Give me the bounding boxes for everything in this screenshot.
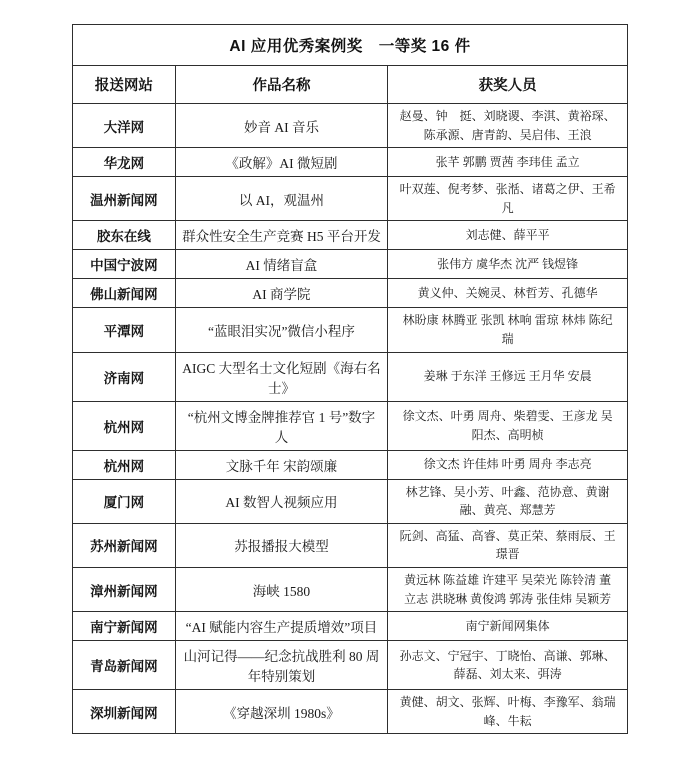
cell-winners: 孙志文、宁冠宇、丁晓怡、高谦、郭琳、薛磊、刘太来、弭涛 bbox=[388, 641, 628, 690]
table-row: 深圳新闻网《穿越深圳 1980s》黄健、胡文、张辉、叶梅、李豫军、翁瑞峰、牛耘 bbox=[73, 690, 628, 734]
cell-work-title: “AI 赋能内容生产提质增效”项目 bbox=[175, 612, 388, 641]
cell-winners: 张伟方 虞华杰 沈严 钱煜锋 bbox=[388, 250, 628, 279]
cell-website: 青岛新闻网 bbox=[73, 641, 176, 690]
cell-website: 厦门网 bbox=[73, 479, 176, 523]
table-title: AI 应用优秀案例奖 一等奖 16 件 bbox=[73, 25, 628, 66]
cell-website: 杭州网 bbox=[73, 401, 176, 450]
cell-work-title: 文脉千年 宋韵颂廉 bbox=[175, 450, 388, 479]
cell-winners: 刘志健、薛平平 bbox=[388, 221, 628, 250]
cell-website: 漳州新闻网 bbox=[73, 567, 176, 611]
cell-winners: 徐文杰、叶勇 周舟、柴碧雯、王彦龙 吴阳杰、高明桢 bbox=[388, 401, 628, 450]
cell-website: 苏州新闻网 bbox=[73, 523, 176, 567]
cell-winners: 张芊 郭鹏 贾茜 李玮佳 孟立 bbox=[388, 148, 628, 177]
column-header-website: 报送网站 bbox=[73, 66, 176, 104]
cell-website: 南宁新闻网 bbox=[73, 612, 176, 641]
cell-work-title: 《穿越深圳 1980s》 bbox=[175, 690, 388, 734]
column-header-winners: 获奖人员 bbox=[388, 66, 628, 104]
table-row: 杭州网“杭州文博金牌推荐官 1 号”数字人徐文杰、叶勇 周舟、柴碧雯、王彦龙 吴… bbox=[73, 401, 628, 450]
cell-website: 温州新闻网 bbox=[73, 177, 176, 221]
cell-website: 深圳新闻网 bbox=[73, 690, 176, 734]
cell-website: 济南网 bbox=[73, 352, 176, 401]
header-row: 报送网站 作品名称 获奖人员 bbox=[73, 66, 628, 104]
cell-winners: 姜琳 于东洋 王修远 王月华 安晨 bbox=[388, 352, 628, 401]
cell-website: 华龙网 bbox=[73, 148, 176, 177]
table-row: 厦门网AI 数智人视频应用林艺锋、吴小芳、叶鑫、范协意、黄谢融、黄亮、郑慧芳 bbox=[73, 479, 628, 523]
table-row: 佛山新闻网AI 商学院黄义仲、关婉灵、林哲芳、孔德华 bbox=[73, 279, 628, 308]
cell-winners: 叶双莲、倪考梦、张湉、诸葛之伊、王希凡 bbox=[388, 177, 628, 221]
cell-website: 中国宁波网 bbox=[73, 250, 176, 279]
cell-work-title: AI 商学院 bbox=[175, 279, 388, 308]
cell-work-title: 山河记得——纪念抗战胜利 80 周年特别策划 bbox=[175, 641, 388, 690]
cell-work-title: 妙音 AI 音乐 bbox=[175, 104, 388, 148]
cell-winners: 黄健、胡文、张辉、叶梅、李豫军、翁瑞峰、牛耘 bbox=[388, 690, 628, 734]
cell-winners: 阮剑、高猛、高睿、莫正荣、蔡雨辰、王璟晋 bbox=[388, 523, 628, 567]
cell-website: 胶东在线 bbox=[73, 221, 176, 250]
table-row: 平潭网“蓝眼泪实况”微信小程序林盼康 林腾亚 张凯 林响 雷琼 林炜 陈纪瑞 bbox=[73, 308, 628, 352]
cell-winners: 林盼康 林腾亚 张凯 林响 雷琼 林炜 陈纪瑞 bbox=[388, 308, 628, 352]
cell-work-title: “蓝眼泪实况”微信小程序 bbox=[175, 308, 388, 352]
table-row: 漳州新闻网海峡 1580黄远林 陈益雄 许建平 吴荣光 陈铃清 董立志 洪晓琳 … bbox=[73, 567, 628, 611]
table-row: 大洋网妙音 AI 音乐赵曼、钟 挺、刘晓谡、李淇、黄裕琛、陈承源、唐青韵、吴启伟… bbox=[73, 104, 628, 148]
table-row: 华龙网《政解》AI 微短剧张芊 郭鹏 贾茜 李玮佳 孟立 bbox=[73, 148, 628, 177]
cell-work-title: 以 AI，观温州 bbox=[175, 177, 388, 221]
title-row: AI 应用优秀案例奖 一等奖 16 件 bbox=[73, 25, 628, 66]
award-table: AI 应用优秀案例奖 一等奖 16 件 报送网站 作品名称 获奖人员 大洋网妙音… bbox=[72, 24, 628, 734]
cell-winners: 赵曼、钟 挺、刘晓谡、李淇、黄裕琛、陈承源、唐青韵、吴启伟、王浪 bbox=[388, 104, 628, 148]
cell-work-title: “杭州文博金牌推荐官 1 号”数字人 bbox=[175, 401, 388, 450]
cell-website: 杭州网 bbox=[73, 450, 176, 479]
table-row: 济南网AIGC 大型名士文化短剧《海右名士》姜琳 于东洋 王修远 王月华 安晨 bbox=[73, 352, 628, 401]
table-body: 大洋网妙音 AI 音乐赵曼、钟 挺、刘晓谡、李淇、黄裕琛、陈承源、唐青韵、吴启伟… bbox=[73, 104, 628, 734]
cell-website: 大洋网 bbox=[73, 104, 176, 148]
table-row: 苏州新闻网苏报播报大模型阮剑、高猛、高睿、莫正荣、蔡雨辰、王璟晋 bbox=[73, 523, 628, 567]
cell-work-title: AI 数智人视频应用 bbox=[175, 479, 388, 523]
cell-work-title: AI 情绪盲盒 bbox=[175, 250, 388, 279]
cell-website: 平潭网 bbox=[73, 308, 176, 352]
table-row: 青岛新闻网山河记得——纪念抗战胜利 80 周年特别策划孙志文、宁冠宇、丁晓怡、高… bbox=[73, 641, 628, 690]
document-page: AI 应用优秀案例奖 一等奖 16 件 报送网站 作品名称 获奖人员 大洋网妙音… bbox=[0, 0, 700, 767]
cell-work-title: 苏报播报大模型 bbox=[175, 523, 388, 567]
cell-winners: 南宁新闻网集体 bbox=[388, 612, 628, 641]
table-row: 温州新闻网以 AI，观温州叶双莲、倪考梦、张湉、诸葛之伊、王希凡 bbox=[73, 177, 628, 221]
cell-winners: 黄远林 陈益雄 许建平 吴荣光 陈铃清 董立志 洪晓琳 黄俊鸿 郭涛 张佳炜 吴… bbox=[388, 567, 628, 611]
cell-winners: 黄义仲、关婉灵、林哲芳、孔德华 bbox=[388, 279, 628, 308]
table-row: 杭州网文脉千年 宋韵颂廉徐文杰 许佳炜 叶勇 周舟 李志亮 bbox=[73, 450, 628, 479]
table-row: 中国宁波网AI 情绪盲盒张伟方 虞华杰 沈严 钱煜锋 bbox=[73, 250, 628, 279]
cell-work-title: 《政解》AI 微短剧 bbox=[175, 148, 388, 177]
column-header-work-title: 作品名称 bbox=[175, 66, 388, 104]
cell-website: 佛山新闻网 bbox=[73, 279, 176, 308]
cell-winners: 林艺锋、吴小芳、叶鑫、范协意、黄谢融、黄亮、郑慧芳 bbox=[388, 479, 628, 523]
cell-work-title: 群众性安全生产竞赛 H5 平台开发 bbox=[175, 221, 388, 250]
cell-work-title: AIGC 大型名士文化短剧《海右名士》 bbox=[175, 352, 388, 401]
cell-work-title: 海峡 1580 bbox=[175, 567, 388, 611]
cell-winners: 徐文杰 许佳炜 叶勇 周舟 李志亮 bbox=[388, 450, 628, 479]
table-row: 南宁新闻网“AI 赋能内容生产提质增效”项目南宁新闻网集体 bbox=[73, 612, 628, 641]
table-row: 胶东在线群众性安全生产竞赛 H5 平台开发刘志健、薛平平 bbox=[73, 221, 628, 250]
